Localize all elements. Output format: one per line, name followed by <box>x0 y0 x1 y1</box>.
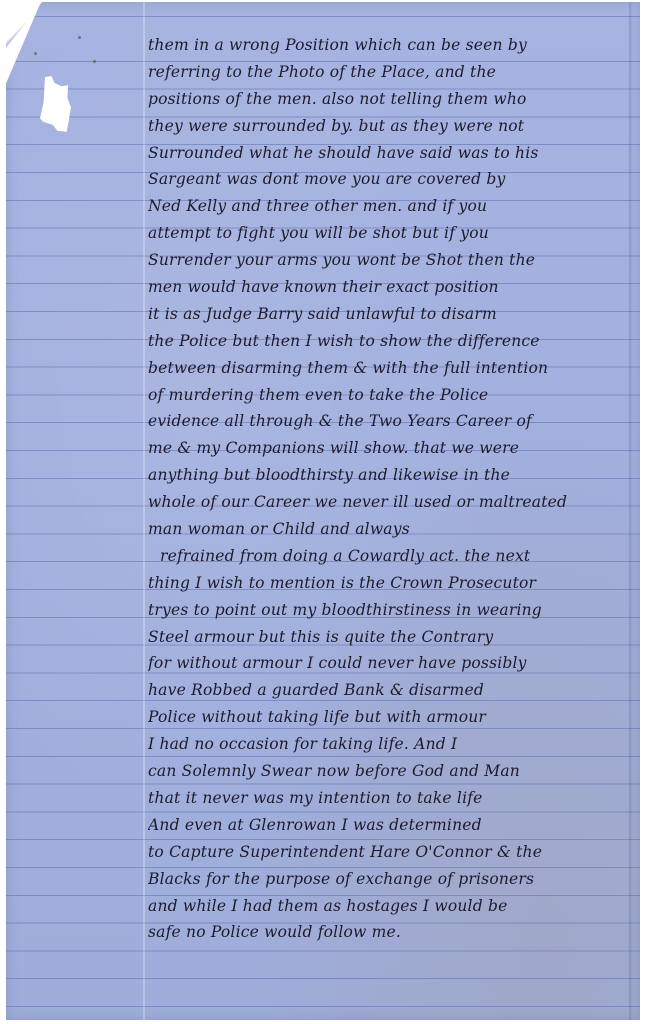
document-scan: them in a wrong Position which can be se… <box>0 0 647 1024</box>
ink-speck <box>34 52 37 55</box>
text-line: Surrounded what he should have said was … <box>148 140 638 167</box>
text-line: Sargeant was dont move you are covered b… <box>148 166 638 193</box>
text-line: And even at Glenrowan I was determined <box>148 812 638 839</box>
text-line: men would have known their exact positio… <box>148 274 638 301</box>
text-line: can Solemnly Swear now before God and Ma… <box>148 758 638 785</box>
text-line: they were surrounded by. but as they wer… <box>148 113 638 140</box>
text-line: positions of the men. also not telling t… <box>148 86 638 113</box>
text-line: me & my Companions will show. that we we… <box>148 435 638 462</box>
handwritten-text: them in a wrong Position which can be se… <box>148 32 638 946</box>
text-line: whole of our Career we never ill used or… <box>148 489 638 516</box>
text-line: of murdering them even to take the Polic… <box>148 382 638 409</box>
text-line: have Robbed a guarded Bank & disarmed <box>148 677 638 704</box>
text-line: between disarming them & with the full i… <box>148 355 638 382</box>
fold-crease <box>143 2 145 1020</box>
text-line: and while I had them as hostages I would… <box>148 893 638 920</box>
text-line: refrained from doing a Cowardly act. the… <box>148 543 638 570</box>
text-line: evidence all through & the Two Years Car… <box>148 408 638 435</box>
text-line: that it never was my intention to take l… <box>148 785 638 812</box>
text-line: Blacks for the purpose of exchange of pr… <box>148 866 638 893</box>
text-line: Police without taking life but with armo… <box>148 704 638 731</box>
text-line: to Capture Superintendent Hare O'Connor … <box>148 839 638 866</box>
text-line: attempt to fight you will be shot but if… <box>148 220 638 247</box>
text-line: I had no occasion for taking life. And I <box>148 731 638 758</box>
text-line: it is as Judge Barry said unlawful to di… <box>148 301 638 328</box>
text-line: man woman or Child and always <box>148 516 638 543</box>
text-line: tryes to point out my bloodthirstiness i… <box>148 597 638 624</box>
text-line: Surrender your arms you wont be Shot the… <box>148 247 638 274</box>
text-line: Ned Kelly and three other men. and if yo… <box>148 193 638 220</box>
text-line: the Police but then I wish to show the d… <box>148 328 638 355</box>
text-line: Steel armour but this is quite the Contr… <box>148 624 638 651</box>
text-line: safe no Police would follow me. <box>148 919 638 946</box>
ink-speck <box>78 36 81 39</box>
text-line: thing I wish to mention is the Crown Pro… <box>148 570 638 597</box>
text-line: them in a wrong Position which can be se… <box>148 32 638 59</box>
text-line: anything but bloodthirsty and likewise i… <box>148 462 638 489</box>
text-line: referring to the Photo of the Place, and… <box>148 59 638 86</box>
ink-speck <box>93 60 96 63</box>
text-line: for without armour I could never have po… <box>148 650 638 677</box>
